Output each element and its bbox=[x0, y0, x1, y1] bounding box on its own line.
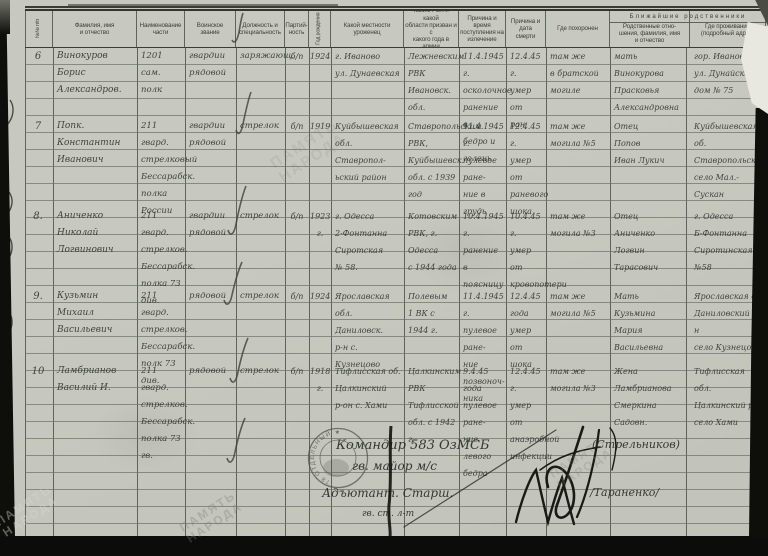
commander-rank-line: гв. майор м/с bbox=[352, 459, 437, 473]
column-header-born: Год рождения bbox=[309, 11, 331, 47]
cell-admission: 9.4.45 года пулевое ране- ние левого бед… bbox=[459, 363, 506, 482]
cell-burial: там же могила №3 bbox=[546, 363, 610, 482]
cell-birth-year: 1918 г. bbox=[309, 363, 331, 482]
column-header-num: №№ п/п bbox=[25, 11, 53, 47]
column-header-party: Партий- ность bbox=[285, 11, 309, 47]
cell-relative: Отец Попов Иван Лукич bbox=[610, 118, 690, 220]
cell-duty: стрелок bbox=[236, 363, 285, 482]
cell-drafted-by: Ставропольским РВК, Куйбышевск. обл. с 1… bbox=[404, 118, 459, 220]
cell-burial: там же могила №5 bbox=[546, 118, 610, 220]
commander-name: (Стрельников) bbox=[592, 438, 680, 451]
cell-rank: рядовой bbox=[185, 363, 236, 482]
column-group-relatives: Ближайшие родственники bbox=[610, 11, 766, 23]
cell-death: 12.4.45 г. умер от раневого шока bbox=[506, 118, 546, 220]
column-header-rank: Воинское звание bbox=[185, 11, 236, 47]
cell-origin: Куйбышевская обл. Ставропол- ьский район bbox=[331, 118, 404, 220]
table-header-row: №№ п/п Фамилия, имя и отчество Наименова… bbox=[25, 9, 766, 48]
column-header-origin: Какой местности уроженец bbox=[331, 11, 404, 47]
column-header-born-label: Год рождения bbox=[316, 13, 323, 45]
cell-duty: стрелок bbox=[236, 118, 285, 220]
column-header-burial: Где похоронен bbox=[546, 11, 610, 47]
column-header-duty: Должность и специальность bbox=[236, 11, 285, 47]
cell-unit: 211 гвард. стрелков. Бессарабск. полка 7… bbox=[137, 363, 185, 482]
cell-party: б/п bbox=[285, 118, 309, 220]
scan-top-streak bbox=[68, 4, 338, 6]
cell-admission: 11.4.1945 г. пулевое ране- ние в грудь bbox=[459, 118, 506, 220]
cell-name: Ламбрианов Василий И. bbox=[53, 363, 137, 482]
table-row: 9. Кузьмин Михаил Васильевич 211 гвард. … bbox=[25, 288, 766, 363]
cell-birth-year: 1919 bbox=[309, 118, 331, 220]
scan-edge-left-top bbox=[0, 0, 10, 34]
cell-name: Попк. Константин Иванович bbox=[53, 118, 137, 220]
adjutant-name: /Тараненко/ bbox=[590, 486, 659, 499]
cell-rank: гвардии рядовой bbox=[185, 118, 236, 220]
column-header-name: Фамилия, имя и отчество bbox=[53, 11, 137, 47]
cell-relative: Жена Ламбрианова Смеркина Садовн. bbox=[610, 363, 690, 482]
column-header-num-label: №№ п/п bbox=[35, 19, 42, 38]
cell-row-number: 7 bbox=[25, 118, 53, 220]
column-header-rvk: Каким РВК и какой области призван и с ка… bbox=[404, 11, 459, 47]
cell-row-number: 10 bbox=[25, 363, 53, 482]
scan-edge-left bbox=[0, 30, 15, 538]
column-header-death: Причина и дата смерти bbox=[506, 11, 546, 47]
column-header-unit: Наименование части bbox=[137, 11, 185, 47]
casualty-table: №№ п/п Фамилия, имя и отчество Наименова… bbox=[25, 9, 766, 537]
table-row: 7 Попк. Константин Иванович 211 гвард. с… bbox=[25, 118, 766, 208]
cell-unit: 211 гвард. стрелковый Бессарабск. полка … bbox=[137, 118, 185, 220]
commander-title-line: Командир 583 ОзМСБ bbox=[336, 438, 490, 453]
table-row: 10 Ламбрианов Василий И. 211 гвард. стре… bbox=[25, 363, 766, 448]
column-header-admitted: Причина и время поступления на излечение bbox=[459, 11, 506, 47]
scan-edge-bottom bbox=[0, 536, 768, 556]
cell-party: б/п bbox=[285, 363, 309, 482]
table-row: 8. Аниченко Николай Логвинович 211 гвард… bbox=[25, 208, 766, 288]
adjutant-title-line: Адъютант. Старш. bbox=[322, 486, 453, 500]
adjutant-rank-line: гв. ст. л-т bbox=[362, 509, 414, 519]
cell-death: 12.4.45 г. умер от анаэробной инфекции bbox=[506, 363, 546, 482]
table-row: 6 Винокуров Борис Александров. 1201 сам.… bbox=[25, 48, 766, 118]
record-rows: 6 Винокуров Борис Александров. 1201 сам.… bbox=[25, 48, 766, 448]
scanned-document-page: №№ п/п Фамилия, имя и отчество Наименова… bbox=[0, 0, 768, 556]
